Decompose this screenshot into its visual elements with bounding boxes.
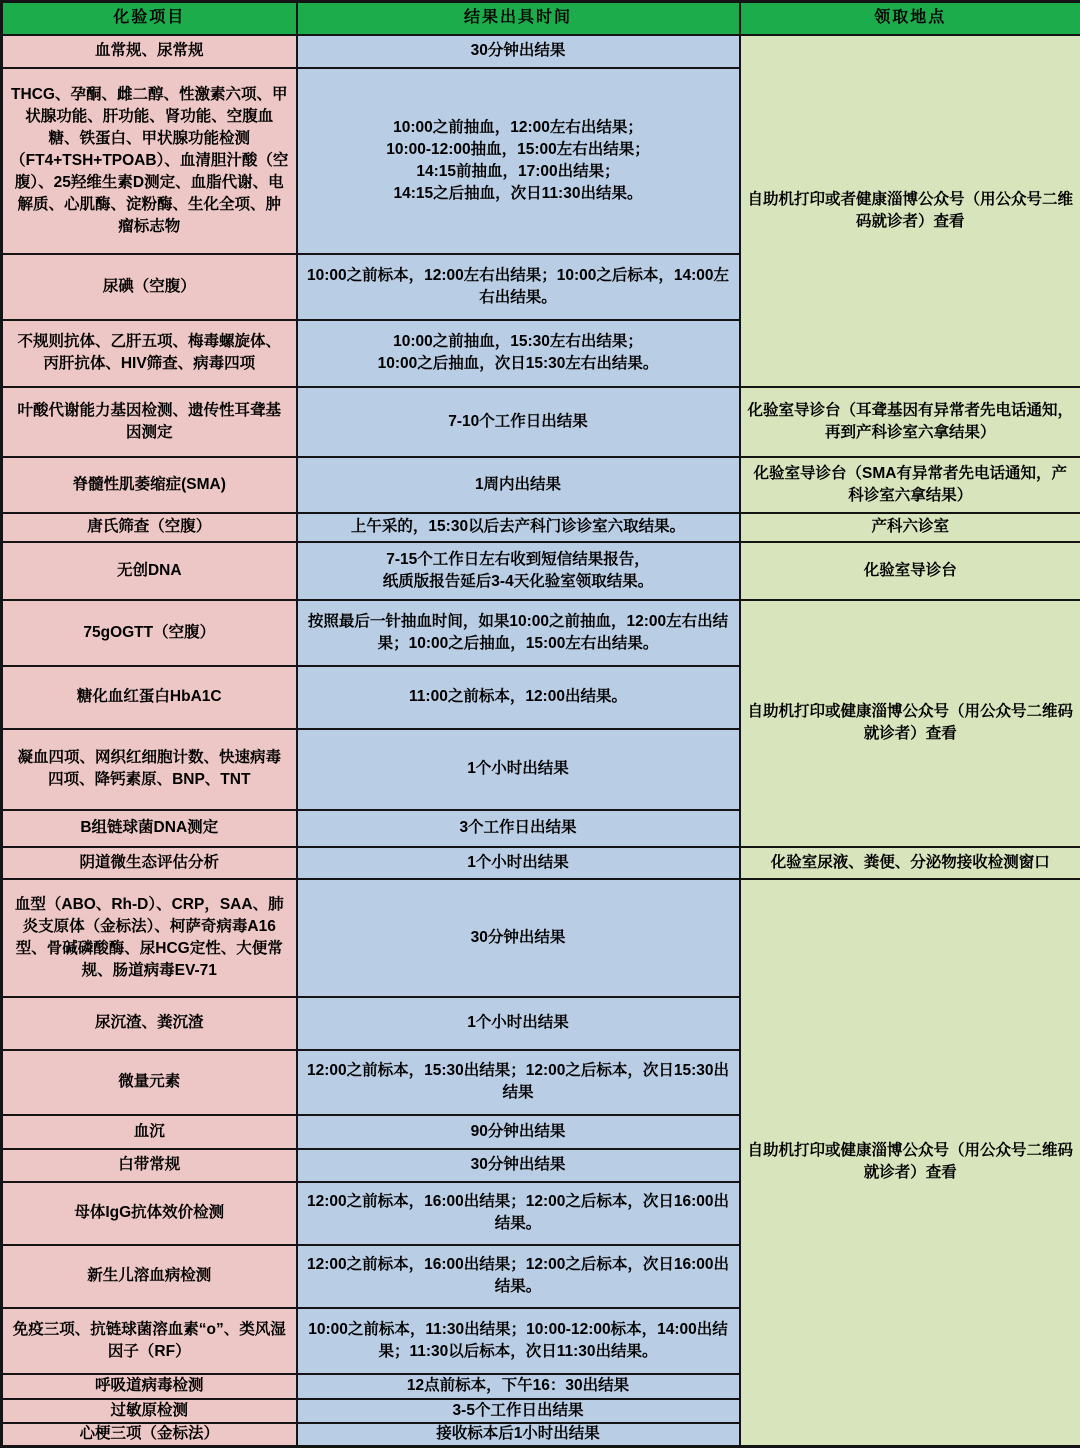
pickup-location-cell-merged: 自助机打印或健康淄博公众号（用公众号二维码就诊者）查看 <box>740 600 1080 847</box>
result-time-cell: 12点前标本，下午16：30出结果 <box>297 1374 740 1399</box>
test-item-cell: 脊髓性肌萎缩症(SMA) <box>2 457 297 513</box>
result-time-cell: 30分钟出结果 <box>297 879 740 997</box>
test-item-cell: 叶酸代谢能力基因检测、遗传性耳聋基因测定 <box>2 387 297 457</box>
table-row: 阴道微生态评估分析 1个小时出结果 化验室尿液、粪便、分泌物接收检测窗口 <box>2 847 1080 879</box>
test-item-cell: 不规则抗体、乙肝五项、梅毒螺旋体、丙肝抗体、HIV筛查、病毒四项 <box>2 320 297 387</box>
result-time-cell: 12:00之前标本，16:00出结果；12:00之后标本，次日16:00出结果。 <box>297 1182 740 1245</box>
result-time-cell: 10:00之前标本，12:00左右出结果；10:00之后标本，14:00左右出结… <box>297 254 740 320</box>
table-row: 叶酸代谢能力基因检测、遗传性耳聋基因测定 7-10个工作日出结果 化验室导诊台（… <box>2 387 1080 457</box>
pickup-location-cell: 化验室尿液、粪便、分泌物接收检测窗口 <box>740 847 1080 879</box>
result-time-cell: 10:00之前标本，11:30出结果；10:00-12:00标本，14:00出结… <box>297 1308 740 1374</box>
result-time-cell: 接收标本后1小时出结果 <box>297 1423 740 1447</box>
result-time-cell: 7-15个工作日左右收到短信结果报告， 纸质版报告延后3-4天化验室领取结果。 <box>297 542 740 600</box>
header-row: 化验项目 结果出具时间 领取地点 <box>2 2 1080 35</box>
lab-schedule-table: 化验项目 结果出具时间 领取地点 血常规、尿常规 30分钟出结果 自助机打印或者… <box>0 0 1080 1448</box>
result-time-cell: 1个小时出结果 <box>297 997 740 1050</box>
table-row: 血型（ABO、Rh-D）、CRP，SAA、肺炎支原体（金标法）、柯萨奇病毒A16… <box>2 879 1080 997</box>
test-item-cell: 过敏原检测 <box>2 1399 297 1423</box>
result-time-cell: 3个工作日出结果 <box>297 810 740 847</box>
pickup-location-cell: 产科六诊室 <box>740 513 1080 542</box>
test-item-cell: 免疫三项、抗链球菌溶血素“o”、类风湿因子（RF） <box>2 1308 297 1374</box>
test-item-cell: B组链球菌DNA测定 <box>2 810 297 847</box>
pickup-location-cell: 化验室导诊台（SMA有异常者先电话通知，产科诊室六拿结果） <box>740 457 1080 513</box>
result-time-cell: 1个小时出结果 <box>297 847 740 879</box>
pickup-location-cell: 化验室导诊台（耳聋基因有异常者先电话通知，再到产科诊室六拿结果） <box>740 387 1080 457</box>
result-time-cell: 12:00之前标本，16:00出结果；12:00之后标本，次日16:00出结果。 <box>297 1245 740 1308</box>
result-time-cell: 10:00之前抽血，12:00左右出结果； 10:00-12:00抽血，15:0… <box>297 68 740 254</box>
result-time-cell: 上午采的，15:30以后去产科门诊诊室六取结果。 <box>297 513 740 542</box>
pickup-location-cell: 化验室导诊台 <box>740 542 1080 600</box>
result-time-cell: 90分钟出结果 <box>297 1115 740 1149</box>
result-time-cell: 10:00之前抽血，15:30左右出结果； 10:00之后抽血，次日15:30左… <box>297 320 740 387</box>
test-item-cell: THCG、孕酮、雌二醇、性激素六项、甲状腺功能、肝功能、肾功能、空腹血糖、铁蛋白… <box>2 68 297 254</box>
column-header-result-time: 结果出具时间 <box>297 2 740 35</box>
result-time-cell: 3-5个工作日出结果 <box>297 1399 740 1423</box>
test-item-cell: 凝血四项、网织红细胞计数、快速病毒四项、降钙素原、BNP、TNT <box>2 729 297 810</box>
result-time-cell: 30分钟出结果 <box>297 1149 740 1182</box>
result-time-cell: 7-10个工作日出结果 <box>297 387 740 457</box>
test-item-cell: 唐氏筛查（空腹） <box>2 513 297 542</box>
result-time-cell: 30分钟出结果 <box>297 35 740 68</box>
test-item-cell: 尿碘（空腹） <box>2 254 297 320</box>
test-item-cell: 微量元素 <box>2 1050 297 1115</box>
test-item-cell: 血沉 <box>2 1115 297 1149</box>
test-item-cell: 尿沉渣、粪沉渣 <box>2 997 297 1050</box>
column-header-pickup-location: 领取地点 <box>740 2 1080 35</box>
test-item-cell: 呼吸道病毒检测 <box>2 1374 297 1399</box>
result-time-cell: 按照最后一针抽血时间，如果10:00之前抽血，12:00左右出结果；10:00之… <box>297 600 740 666</box>
table-row: 唐氏筛查（空腹） 上午采的，15:30以后去产科门诊诊室六取结果。 产科六诊室 <box>2 513 1080 542</box>
table-row: 脊髓性肌萎缩症(SMA) 1周内出结果 化验室导诊台（SMA有异常者先电话通知，… <box>2 457 1080 513</box>
test-item-cell: 糖化血红蛋白HbA1C <box>2 666 297 729</box>
table-row: 75gOGTT（空腹） 按照最后一针抽血时间，如果10:00之前抽血，12:00… <box>2 600 1080 666</box>
table-row: 血常规、尿常规 30分钟出结果 自助机打印或者健康淄博公众号（用公众号二维码就诊… <box>2 35 1080 68</box>
test-item-cell: 血常规、尿常规 <box>2 35 297 68</box>
test-item-cell: 心梗三项（金标法） <box>2 1423 297 1447</box>
test-item-cell: 阴道微生态评估分析 <box>2 847 297 879</box>
test-item-cell: 无创DNA <box>2 542 297 600</box>
test-item-cell: 新生儿溶血病检测 <box>2 1245 297 1308</box>
test-item-cell: 血型（ABO、Rh-D）、CRP，SAA、肺炎支原体（金标法）、柯萨奇病毒A16… <box>2 879 297 997</box>
test-item-cell: 白带常规 <box>2 1149 297 1182</box>
column-header-test-item: 化验项目 <box>2 2 297 35</box>
test-item-cell: 75gOGTT（空腹） <box>2 600 297 666</box>
result-time-cell: 11:00之前标本，12:00出结果。 <box>297 666 740 729</box>
result-time-cell: 1个小时出结果 <box>297 729 740 810</box>
table-row: 无创DNA 7-15个工作日左右收到短信结果报告， 纸质版报告延后3-4天化验室… <box>2 542 1080 600</box>
pickup-location-cell-merged: 自助机打印或健康淄博公众号（用公众号二维码就诊者）查看 <box>740 879 1080 1447</box>
result-time-cell: 1周内出结果 <box>297 457 740 513</box>
test-item-cell: 母体IgG抗体效价检测 <box>2 1182 297 1245</box>
result-time-cell: 12:00之前标本，15:30出结果；12:00之后标本，次日15:30出结果 <box>297 1050 740 1115</box>
pickup-location-cell-merged: 自助机打印或者健康淄博公众号（用公众号二维码就诊者）查看 <box>740 35 1080 387</box>
